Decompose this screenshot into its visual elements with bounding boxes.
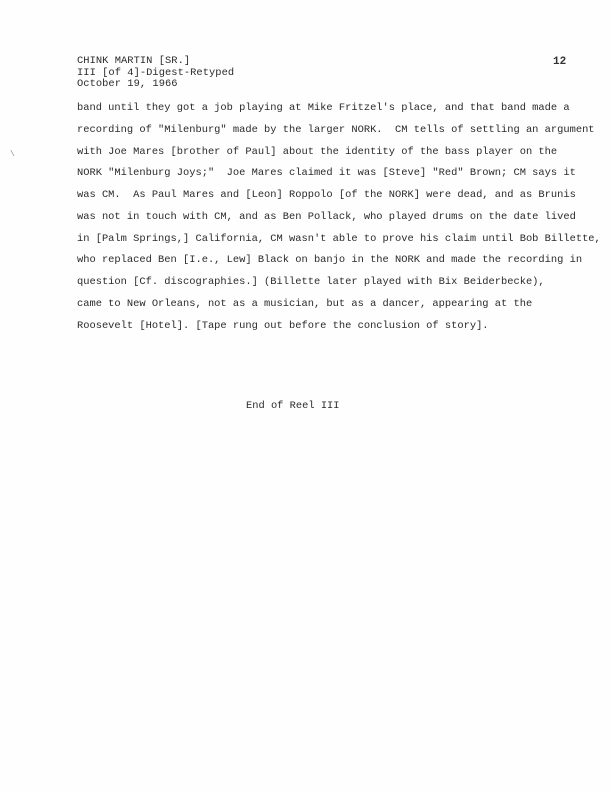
text-line: question [Cf. discographies.] (Billette … [77, 272, 577, 294]
text-line: with Joe Mares [brother of Paul] about t… [77, 142, 577, 164]
interview-date: October 19, 1966 [77, 79, 234, 91]
interviewee-name: CHINK MARTIN [SR.] [77, 56, 234, 68]
margin-mark: \ [10, 150, 15, 159]
text-line: Roosevelt [Hotel]. [Tape rung out before… [77, 316, 577, 338]
transcript-body: band until they got a job playing at Mik… [77, 98, 577, 337]
document-page: CHINK MARTIN [SR.] III [of 4]-Digest-Ret… [0, 0, 612, 792]
end-of-reel-note: End of Reel III [246, 400, 340, 412]
page-number: 12 [553, 56, 566, 68]
text-line: NORK "Milenburg Joys;" Joe Mares claimed… [77, 163, 577, 185]
text-line: in [Palm Springs,] California, CM wasn't… [77, 229, 577, 251]
document-header: CHINK MARTIN [SR.] III [of 4]-Digest-Ret… [77, 56, 234, 91]
text-line: was not in touch with CM, and as Ben Pol… [77, 207, 577, 229]
text-line: recording of "Milenburg" made by the lar… [77, 120, 577, 142]
text-line: was CM. As Paul Mares and [Leon] Roppolo… [77, 185, 577, 207]
text-line: band until they got a job playing at Mik… [77, 98, 577, 120]
text-line: came to New Orleans, not as a musician, … [77, 294, 577, 316]
text-line: who replaced Ben [I.e., Lew] Black on ba… [77, 250, 577, 272]
